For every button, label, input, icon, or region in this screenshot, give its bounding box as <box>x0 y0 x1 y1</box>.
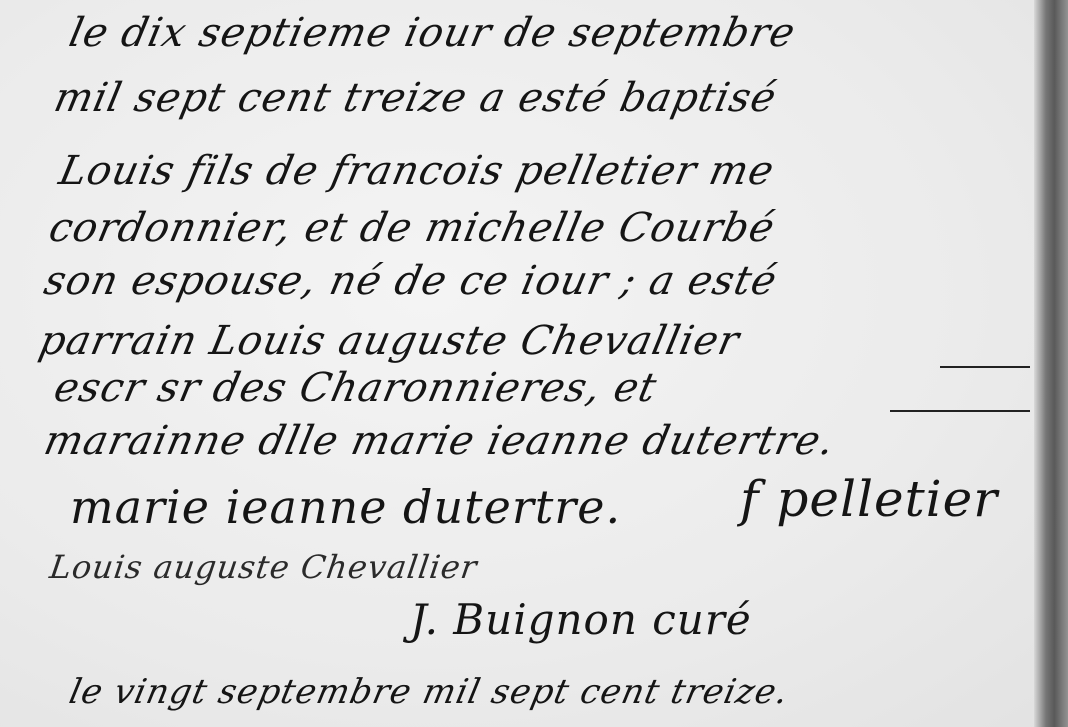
entry-line-7: escr sr des Charonnieres, et <box>50 365 661 411</box>
scanned-register-page: le dix septieme iour de septembre mil se… <box>0 0 1068 727</box>
line-filler-rule <box>890 410 1030 412</box>
entry-line-5: son espouse, né de ce iour ; a esté <box>40 258 781 304</box>
next-entry-line: le vingt septembre mil sept cent treize. <box>66 672 793 712</box>
entry-line-1: le dix septieme iour de septembre <box>65 10 800 56</box>
signature-father: f pelletier <box>740 470 998 528</box>
entry-line-4: cordonnier, et de michelle Courbé <box>45 205 779 251</box>
signature-godfather: Louis auguste Chevallier <box>47 548 480 586</box>
entry-line-8: marainne dlle marie ieanne dutertre. <box>40 418 839 464</box>
signature-godmother: marie ieanne dutertre. <box>70 480 621 534</box>
line-filler-rule <box>940 366 1030 368</box>
entry-line-6: parrain Louis auguste Chevallier <box>35 318 744 364</box>
signature-priest: J. Buignon curé <box>410 595 752 644</box>
entry-line-2: mil sept cent treize a esté baptisé <box>50 75 781 121</box>
entry-line-3: Louis fils de francois pelletier me <box>55 148 778 194</box>
page-binding-shadow <box>1034 0 1068 727</box>
